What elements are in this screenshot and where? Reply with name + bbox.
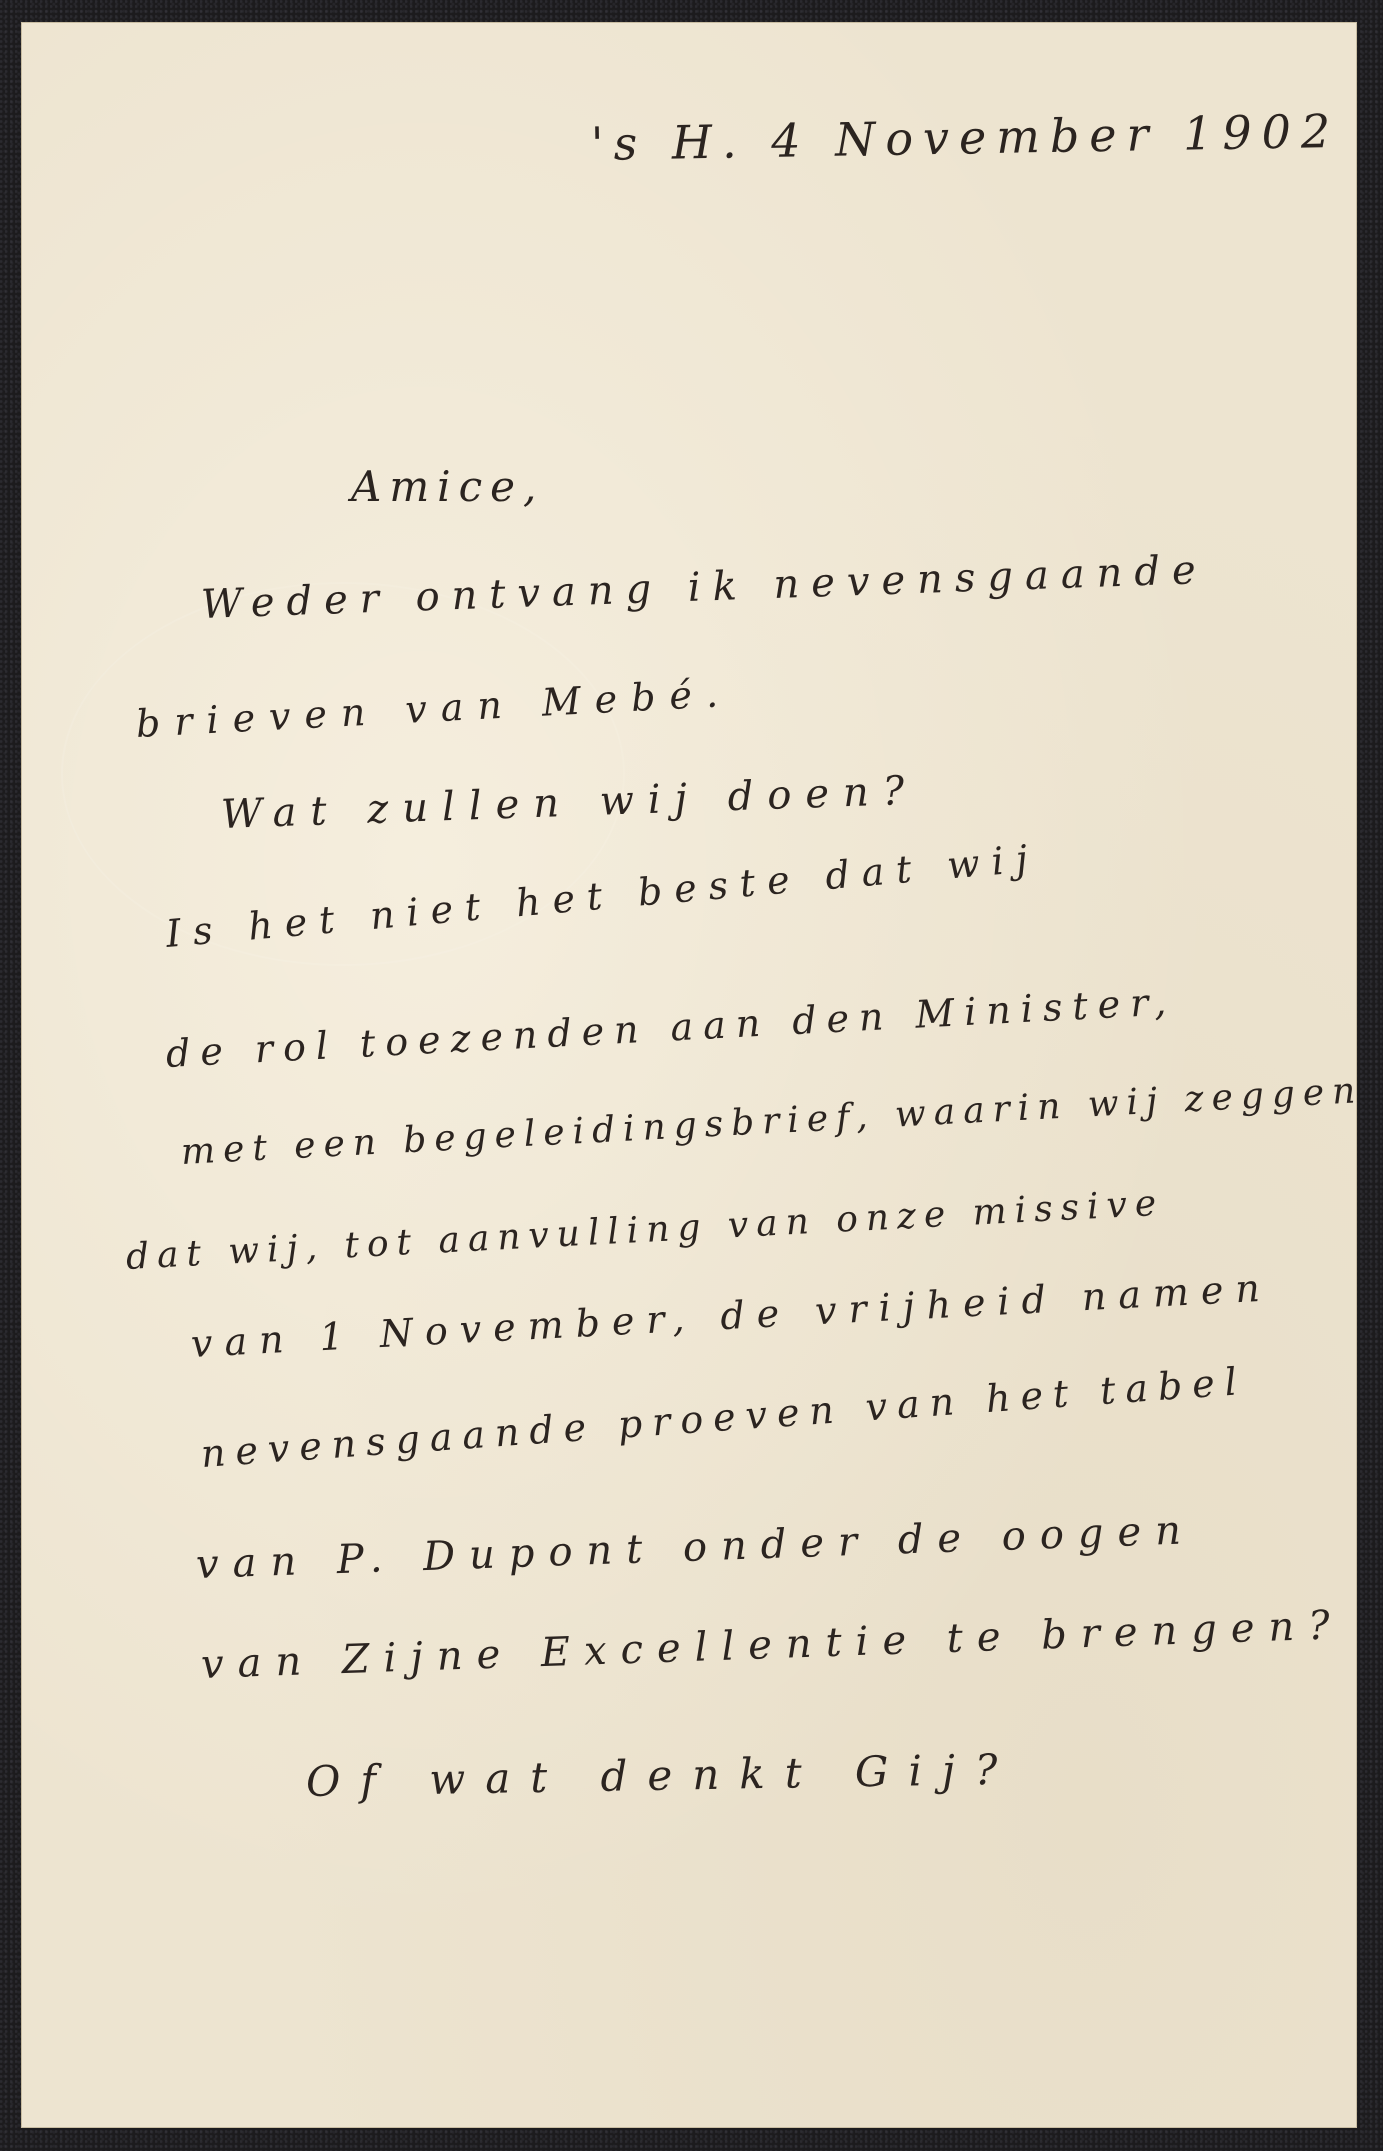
letter-closing-question: Of wat denkt Gij?: [306, 1745, 1018, 1806]
letter-salutation: Amice,: [351, 462, 544, 511]
letter-line: de rol toezenden aan den Minister,: [165, 979, 1177, 1076]
letter-line: nevensgaande proeven van het tabel: [199, 1359, 1248, 1476]
letter-line: dat wij, tot aanvulling van onze missive: [125, 1183, 1165, 1278]
letter-line: van Zijne Excellentie te brengen?: [200, 1602, 1344, 1688]
letter-line: van 1 November, de vrijheid namen: [190, 1265, 1273, 1366]
letter-page: 's H. 4 November 1902 Amice, Weder ontva…: [21, 22, 1357, 2128]
letter-line: brieven van Mebé.: [135, 671, 733, 746]
letter-line: van P. Dupont onder de oogen: [195, 1507, 1195, 1588]
letter-line: met een begeleidingsbrief, waarin wij ze…: [180, 1070, 1364, 1173]
letter-line: Is het niet het beste dat wij: [164, 836, 1041, 956]
letter-line: Weder ontvang ik nevensgaande: [200, 547, 1208, 628]
letter-date: 's H. 4 November 1902: [591, 104, 1341, 171]
letter-line: Wat zullen wij doen?: [220, 768, 919, 838]
